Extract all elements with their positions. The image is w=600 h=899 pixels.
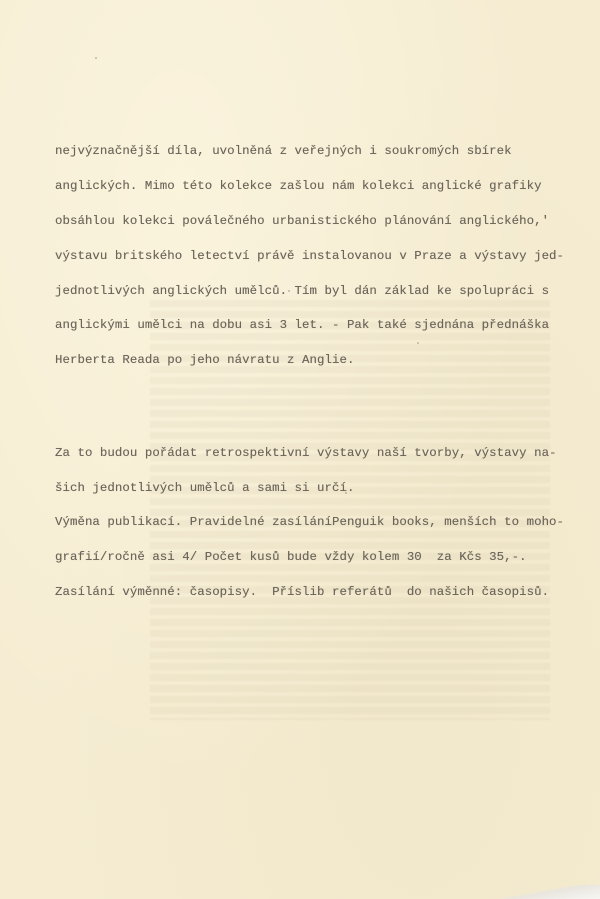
text-line: nejvýznačnější díla, uvolněná z veřejnýc… (55, 146, 564, 158)
text-line: Herberta Reada po jeho návratu z Anglie. (55, 355, 564, 367)
text-line: výstavu britského letectví právě instalo… (55, 251, 564, 263)
text-line: šich jednotlivých umělců a sami si určí. (55, 483, 564, 495)
text-line: anglických. Mimo této kolekce zašlou nám… (55, 181, 564, 193)
text-line: Výměna publikací. Pravidelné zasíláníPen… (55, 517, 564, 529)
text-line: obsáhlou kolekci poválečného urbanistick… (55, 216, 564, 228)
paper-speck (95, 57, 97, 59)
paragraph-1: nejvýznačnější díla, uvolněná z veřejnýc… (55, 123, 564, 390)
text-line: anglickými umělci na dobu asi 3 let. - P… (55, 320, 564, 332)
text-line: grafií/ročně asi 4/ Počet kusů bude vždy… (55, 552, 564, 564)
text-line: Zasílání výměnné: časopisy. Příslib refe… (55, 587, 564, 599)
text-line: jednotlivých anglických umělců. Tím byl … (55, 286, 564, 298)
text-line: Za to budou pořádat retrospektivní výsta… (55, 448, 564, 460)
typewritten-text: nejvýznačnější díla, uvolněná z veřejnýc… (55, 100, 564, 645)
paragraph-2: Za to budou pořádat retrospektivní výsta… (55, 425, 564, 622)
page-corner-curl (480, 885, 600, 899)
document-page: nejvýznačnější díla, uvolněná z veřejnýc… (0, 0, 600, 899)
